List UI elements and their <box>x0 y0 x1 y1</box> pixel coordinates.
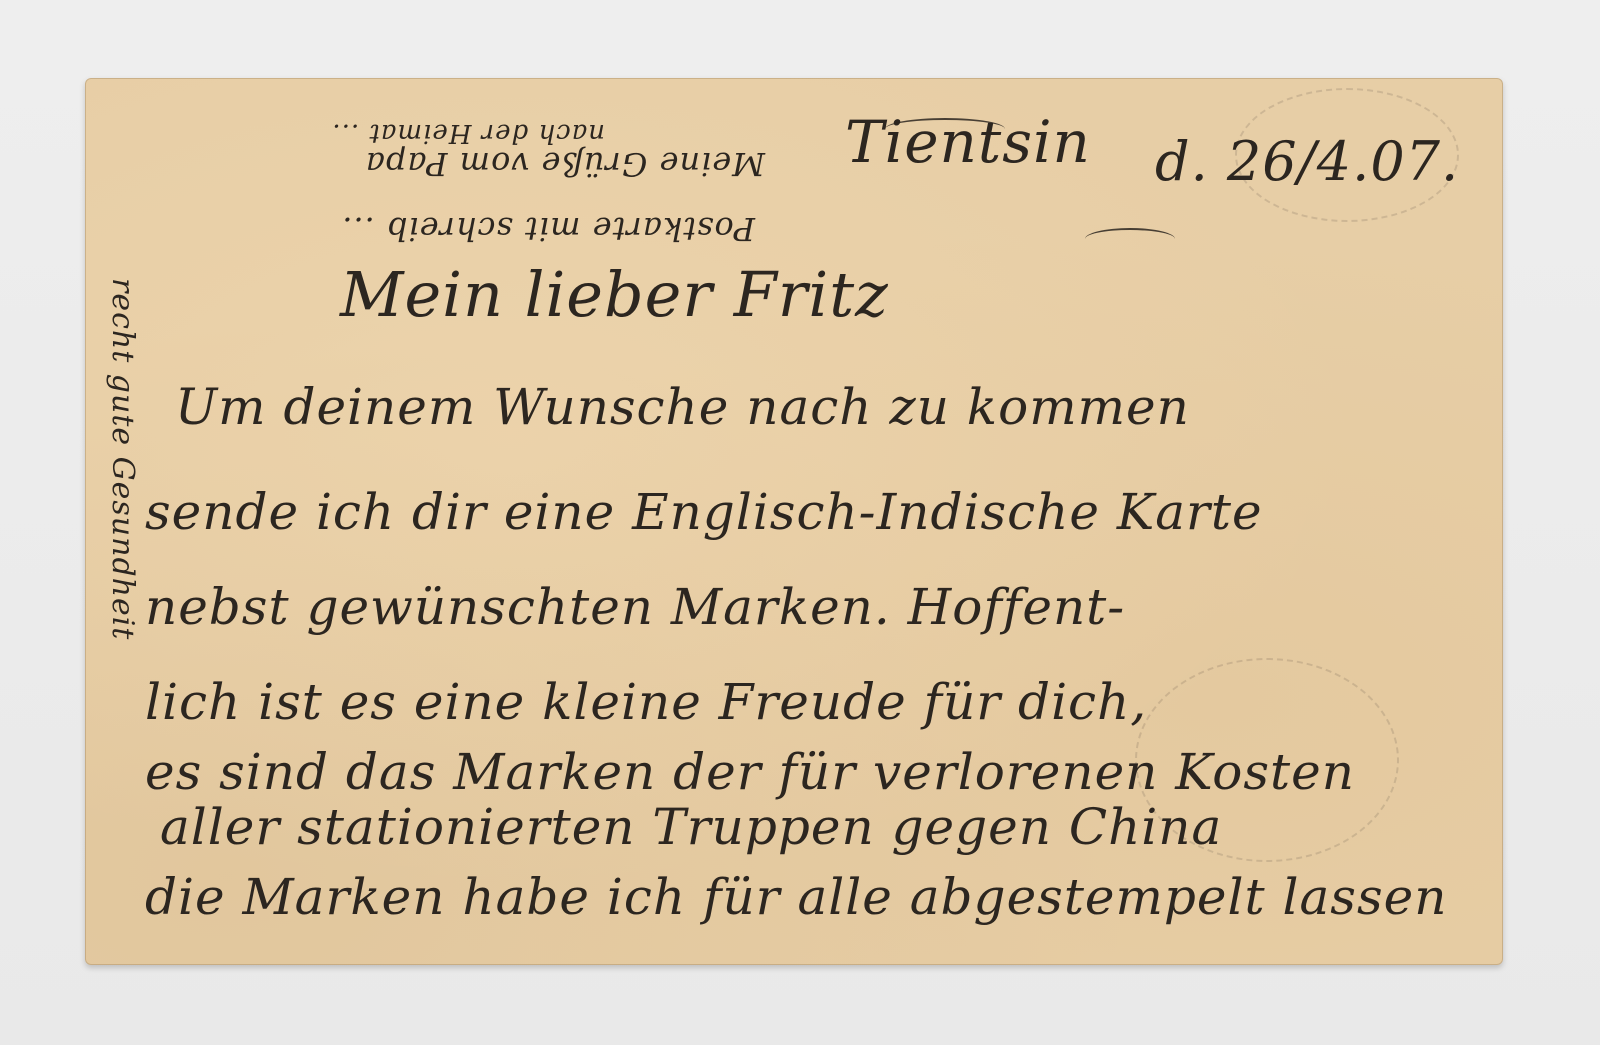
upside-note-line: Postkarte mit schreib ... <box>341 210 755 248</box>
body-line: nebst gewünschten Marken. Hoffent- <box>145 578 1125 636</box>
margin-note: recht gute Gesundheit <box>105 278 140 640</box>
body-line: sende ich dir eine Englisch-Indische Kar… <box>145 483 1263 541</box>
header-date: d. 26/4.07. <box>1155 130 1459 193</box>
ink-flourish <box>885 118 1005 140</box>
upside-note-line: Meine Grüße vom Papa <box>365 145 765 183</box>
body-line: die Marken habe ich für alle abgestempel… <box>145 868 1447 926</box>
upside-down-note: Postkarte mit schreib ... Meine Grüße vo… <box>85 78 785 278</box>
body-line: aller stationierten Truppen gegen China <box>160 798 1222 856</box>
upside-note-line: nach der Heimat ... <box>331 118 605 148</box>
body-line: es sind das Marken der für verlorenen Ko… <box>145 743 1355 801</box>
body-line: Um deinem Wunsche nach zu kommen <box>175 378 1190 436</box>
photo-background: Tientsin d. 26/4.07. Mein lieber Fritz U… <box>0 0 1600 1045</box>
postcard: Tientsin d. 26/4.07. Mein lieber Fritz U… <box>85 78 1503 965</box>
ink-flourish <box>1085 228 1175 250</box>
body-line: lich ist es eine kleine Freude für dich, <box>145 673 1147 731</box>
